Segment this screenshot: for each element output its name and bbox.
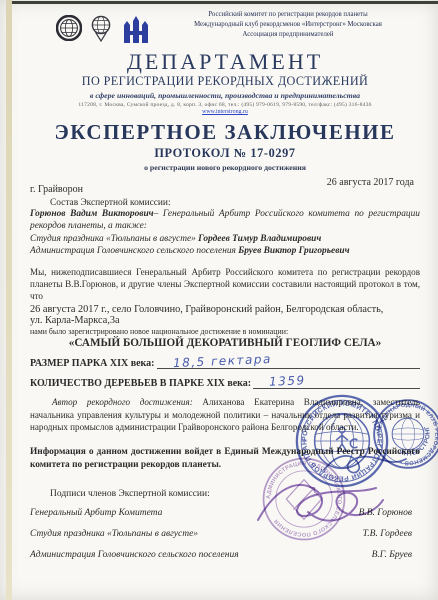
commission-chief-name: Горюнов Вадим Викторович <box>30 209 154 219</box>
event-location-line: 26 августа 2017 г., село Головчино, Грай… <box>30 304 420 315</box>
website-link[interactable]: www.interstrong.ru <box>202 109 248 115</box>
commission-member-org: Студия праздника «Тюльпаны в августе» <box>30 234 198 244</box>
park-size-underline: 18,5 гектара <box>157 353 421 369</box>
planet-records-emblem-icon <box>56 15 82 46</box>
letterhead-org-lines: Российский комитет по регистрации рекорд… <box>150 10 420 41</box>
commission-member-name: Бруев Виктор Григорьевич <box>238 246 349 256</box>
commission-chief-line: Горюнов Вадим Викторович– Генеральный Ар… <box>30 208 420 232</box>
org-line: Международный клуб рекордсменов «Интерст… <box>156 20 420 30</box>
department-subtitle: ПО РЕГИСТРАЦИИ РЕКОРДНЫХ ДОСТИЖЕНИЙ <box>30 74 420 89</box>
protocol-number: ПРОТОКОЛ № 17-0297 <box>30 146 420 161</box>
park-size-handwritten-value: 18,5 гектара <box>172 352 271 370</box>
department-scope: в сфере инноваций, промышленности, произ… <box>30 91 420 100</box>
moscow-association-towers-emblem-icon <box>120 15 150 48</box>
signature-name: В.Г. Бруев <box>372 550 420 562</box>
org-line: Российский комитет по регистрации рекорд… <box>156 10 420 20</box>
meta-row: г. Грайворон 26 августа 2017 года <box>30 177 420 195</box>
city-label: г. Грайворон <box>30 177 83 195</box>
park-size-label: РАЗМЕР ПАРКА XIX века: <box>30 358 155 369</box>
scanned-document-page: Российский комитет по регистрации рекорд… <box>0 0 438 600</box>
registered-line: нами было зарегистрировано новое национа… <box>30 327 420 336</box>
commission-member-line: Администрация Головчинского сельского по… <box>30 245 420 257</box>
signature-row: Администрация Головчинского сельского по… <box>30 550 420 562</box>
scan-left-edge <box>6 0 12 600</box>
signature-role: Студия праздника «Тюльпаны в августе» <box>30 529 198 541</box>
department-title: ДЕПАРТАМЕНТ <box>30 50 420 73</box>
park-size-field: РАЗМЕР ПАРКА XIX века: 18,5 гектара <box>30 353 420 369</box>
signature-role: Администрация Головчинского сельского по… <box>30 550 239 562</box>
commission-member-name: Гордеев Тимур Владимирович <box>198 234 321 244</box>
document-title: ЭКСПЕРТНОЕ ЗАКЛЮЧЕНИЕ <box>30 121 420 143</box>
letterhead: Российский комитет по регистрации рекорд… <box>30 10 420 48</box>
registry-text-pre: Информация о данном достижении войдет в <box>30 447 224 457</box>
signature-role: Генеральный Арбитр Комитета <box>30 508 162 520</box>
date-label: 26 августа 2017 года <box>327 177 420 195</box>
org-line: Ассоциация предпринимателей <box>156 30 420 40</box>
trees-count-field: КОЛИЧЕСТВО ДЕРЕВЬЕВ В ПАРКЕ XIX века: 13… <box>30 373 420 389</box>
trees-count-underline: 1359 <box>253 373 420 389</box>
letterhead-logos <box>30 10 150 48</box>
trees-count-handwritten-value: 1359 <box>269 373 306 389</box>
interstrong-club-emblem-icon <box>89 15 113 48</box>
protocol-subtitle: о регистрации нового рекордного достижен… <box>30 163 420 172</box>
nomination-title: «САМЫЙ БОЛЬШОЙ ДЕКОРАТИВНЫЙ ГЕОГЛИФ СЕЛА… <box>30 337 420 349</box>
commission-member-line: Студия праздника «Тюльпаны в августе» Го… <box>30 233 420 245</box>
preamble-paragraph: Мы, нижеподписавшиеся Генеральный Арбитр… <box>30 266 420 302</box>
commission-heading: Состав Экспертной комиссии: <box>30 198 420 208</box>
event-street-line: ул. Карла-Маркса,3а <box>30 315 420 326</box>
scan-top-edge <box>9 1 438 4</box>
department-address: 117208, г. Москва, Сумской проезд, д. 8,… <box>30 102 420 108</box>
trees-count-label: КОЛИЧЕСТВО ДЕРЕВЬЕВ В ПАРКЕ XIX века: <box>30 378 251 389</box>
gordeev-signature-ink <box>320 446 410 482</box>
commission-member-org: Администрация Головчинского сельского по… <box>30 246 238 256</box>
author-label: Автор рекордного достижения: <box>52 397 193 407</box>
